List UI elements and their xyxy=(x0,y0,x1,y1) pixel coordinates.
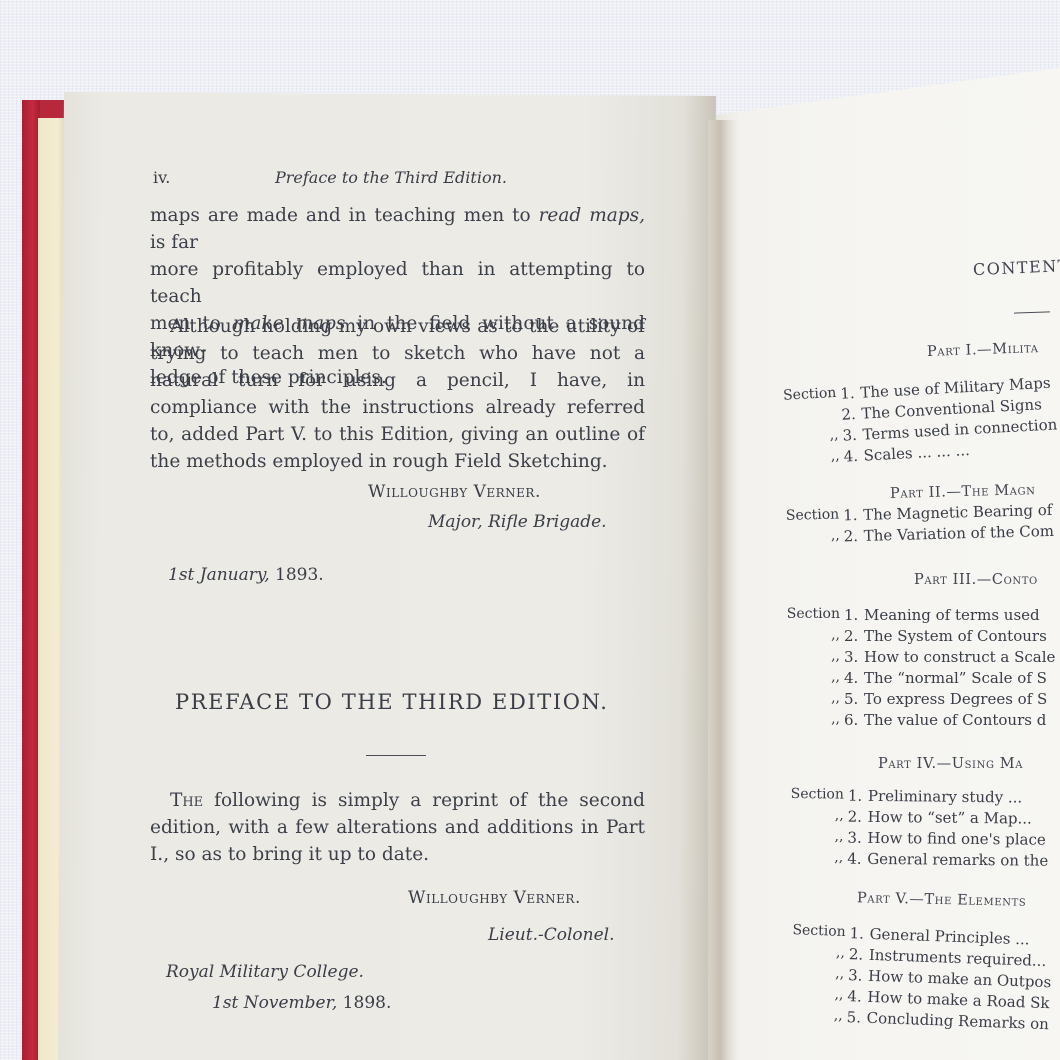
heading-rule xyxy=(366,755,426,756)
line: more profitably employed than in attempt… xyxy=(150,256,645,310)
signature-name-1: Willoughby Verner. xyxy=(368,482,541,502)
second-paragraph: Although holding my own views as to the … xyxy=(150,313,645,475)
part-4-title: Part IV.—Using Ma xyxy=(878,756,1023,772)
part-3-title: Part III.—Conto xyxy=(914,572,1038,588)
third-paragraph: The following is simply a reprint of the… xyxy=(150,787,645,868)
section-heading: PREFACE TO THE THIRD EDITION. xyxy=(175,690,609,714)
signature-rank-1: Major, Rifle Brigade. xyxy=(428,512,607,532)
line: maps are made and in teaching men to rea… xyxy=(150,202,645,256)
part-2-sections: Section1.The Magnetic Bearing of ,,2.The… xyxy=(781,508,782,550)
signature-name-2: Willoughby Verner. xyxy=(408,888,581,908)
signature-rank-2: Lieut.-Colonel. xyxy=(488,925,614,945)
signature-date-2: 1st November, 1898. xyxy=(212,993,391,1013)
page-number: iv. xyxy=(153,168,170,187)
part-4-sections: Section1.Preliminary study ... ,,2.How t… xyxy=(785,786,786,870)
signature-date-1: 1st January, 1893. xyxy=(168,565,324,585)
gutter xyxy=(708,120,738,1060)
signature-place: Royal Military College. xyxy=(166,962,364,982)
contents-heading: CONTENT xyxy=(973,256,1060,279)
right-page xyxy=(716,60,1060,1060)
running-head-title: Preface to the Third Edition. xyxy=(275,168,507,187)
